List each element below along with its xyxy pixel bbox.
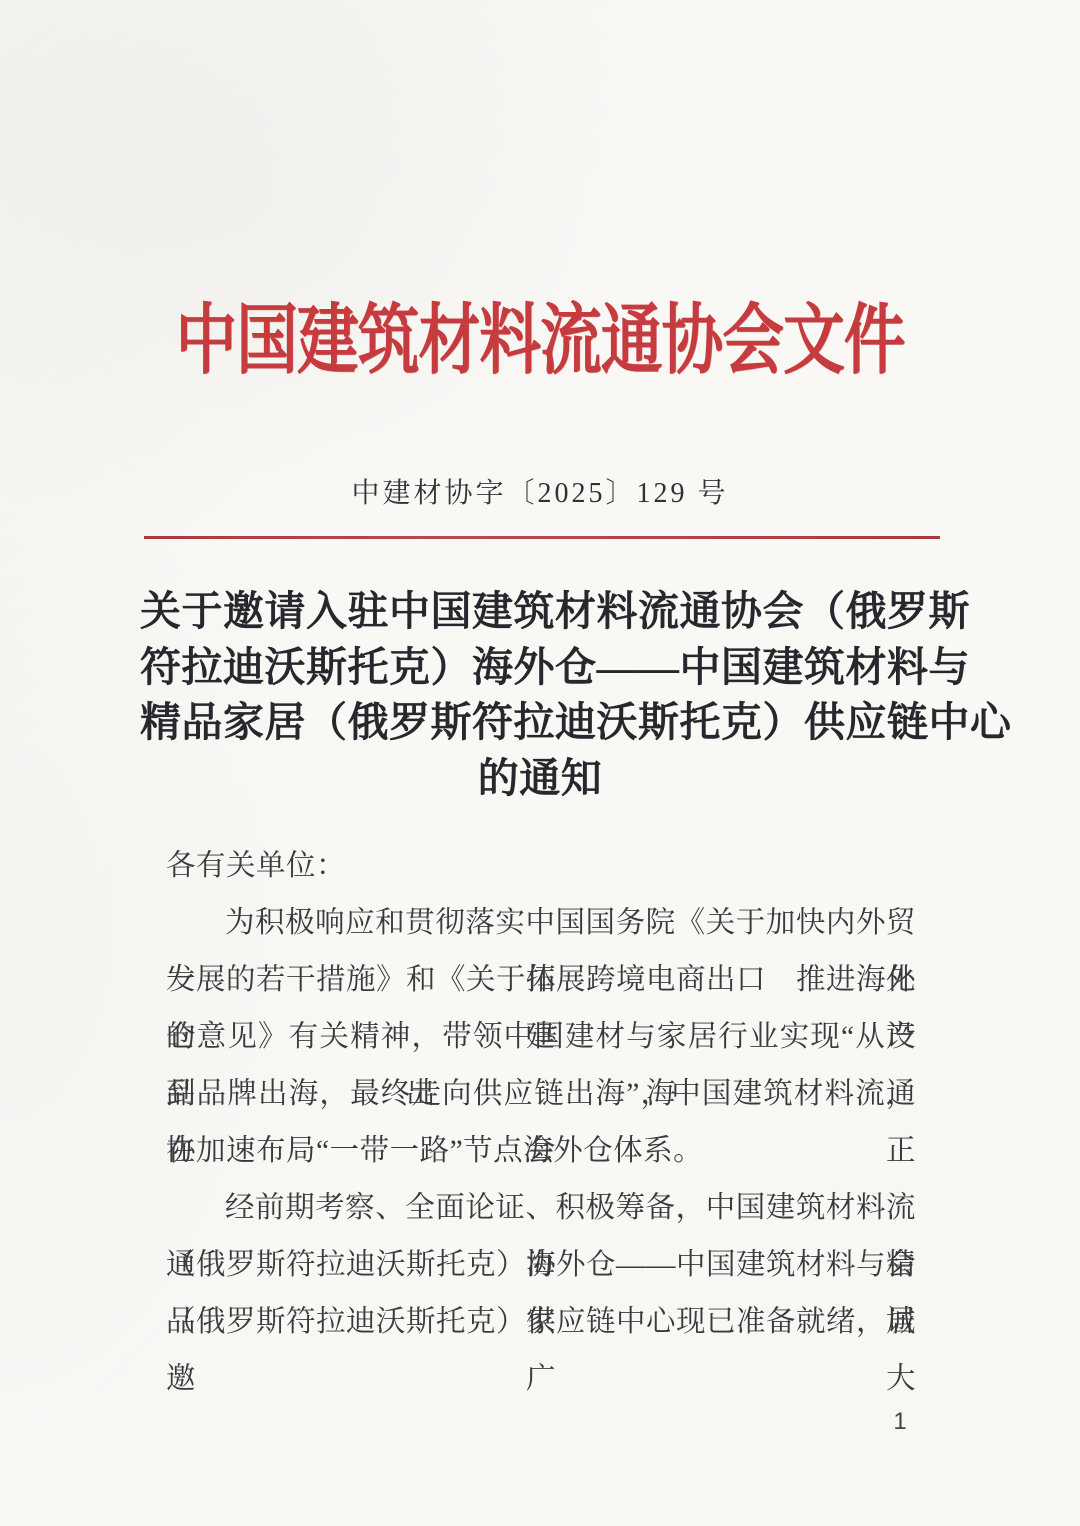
title-line: 符拉迪沃斯托克）海外仓——中国建筑材料与 — [140, 640, 940, 696]
doc-number: 中建材协字〔2025〕129 号 — [0, 476, 1080, 512]
red-divider-line — [144, 536, 940, 539]
body-line: 经前期考察、全面论证、积极筹备，中国建筑材料流通协会 — [166, 1180, 916, 1237]
body-line: 发展的若干措施》和《关于拓展跨境电商出口 推进海外仓建设 — [166, 952, 916, 1009]
org-title-text: 中国建筑材料流通协会文件 — [175, 286, 904, 396]
page-number: 1 — [870, 1408, 930, 1436]
title-line: 的通知 — [140, 751, 940, 807]
body-line: （俄罗斯符拉迪沃斯托克）海外仓——中国建筑材料与精品家居 — [166, 1237, 916, 1294]
body-line: 到品牌出海，最终走向供应链出海”，中国建筑材料流通协会正 — [166, 1066, 916, 1123]
body-line: 的意见》有关精神，带领中国建材与家居行业实现“从产品出海， — [166, 1009, 916, 1066]
body-line: （俄罗斯符拉迪沃斯托克）供应链中心现已准备就绪，诚邀广大 — [166, 1294, 916, 1351]
document-page: 中国建筑材料流通协会文件 中建材协字〔2025〕129 号 关于邀请入驻中国建筑… — [0, 0, 1080, 1526]
title-line: 关于邀请入驻中国建筑材料流通协会（俄罗斯 — [140, 584, 940, 640]
document-body: 各有关单位： 为积极响应和贯彻落实中国国务院《关于加快内外贸一体化 发展的若干措… — [166, 838, 916, 1351]
document-title: 关于邀请入驻中国建筑材料流通协会（俄罗斯 符拉迪沃斯托克）海外仓——中国建筑材料… — [140, 584, 940, 806]
salutation: 各有关单位： — [166, 838, 916, 895]
org-title-banner: 中国建筑材料流通协会文件 — [0, 296, 1080, 403]
title-line: 精品家居（俄罗斯符拉迪沃斯托克）供应链中心 — [140, 695, 940, 751]
body-line: 为积极响应和贯彻落实中国国务院《关于加快内外贸一体化 — [166, 895, 916, 952]
